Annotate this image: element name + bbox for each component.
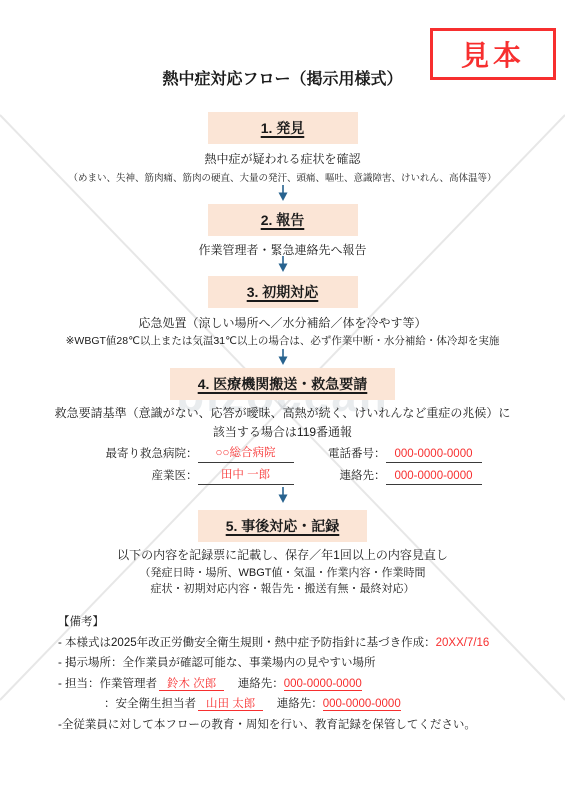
step4-box-row: 4. 医療機関搬送・救急要請 bbox=[0, 368, 565, 400]
hospital-phone-field: 000-0000-0000 bbox=[386, 448, 482, 463]
step5-heading: 5. 事後対応・記録 bbox=[198, 510, 368, 542]
arrow-row-2 bbox=[0, 256, 565, 277]
safety-officer-phone-field: 000-0000-0000 bbox=[323, 698, 401, 711]
arrow-row-4 bbox=[0, 487, 565, 508]
hospital-value-field: ○○総合病院 bbox=[198, 444, 294, 463]
step3-heading: 3. 初期対応 bbox=[208, 276, 358, 308]
remarks-basis-text: - 本様式は2025年改正労働安全衛生規則・熱中症予防指針に基づき作成： bbox=[58, 637, 436, 649]
step5-box-row: 5. 事後対応・記録 bbox=[0, 510, 565, 542]
remarks-line-safety-officer: ：安全衛生担当者山田 太郎 連絡先：000-0000-0000 bbox=[58, 694, 489, 715]
step1-heading: 1. 発見 bbox=[208, 112, 358, 144]
step3-description: 応急処置（涼しい場所へ／水分補給／体を冷やす等） bbox=[0, 314, 565, 331]
step3-box-row: 3. 初期対応 bbox=[0, 276, 565, 308]
safety-officer-name-field: 山田 太郎 bbox=[198, 698, 263, 711]
document-page: bizocean 見本 熱中症対応フロー（掲示用様式） 1. 発見 熱中症が疑わ… bbox=[0, 0, 565, 800]
flow-arrow-down-icon bbox=[277, 256, 289, 272]
hospital-label: 最寄り救急病院： bbox=[84, 445, 198, 463]
emergency-contact-block: 最寄り救急病院： ○○総合病院 電話番号： 000-0000-0000 産業医：… bbox=[0, 444, 565, 485]
contact-row-hospital: 最寄り救急病院： ○○総合病院 電話番号： 000-0000-0000 bbox=[84, 444, 482, 463]
step4-criteria-line2: 該当する場合は119番通報 bbox=[0, 423, 565, 440]
step5-record-items-line2: 症状・初期対応内容・報告先・搬送有無・最終対応） bbox=[0, 580, 565, 596]
hospital-phone-label: 電話番号： bbox=[310, 445, 386, 463]
flow-arrow-down-icon bbox=[277, 185, 289, 201]
manager-phone-field: 000-0000-0000 bbox=[284, 678, 362, 691]
doctor-phone-field: 000-0000-0000 bbox=[386, 470, 482, 485]
flow-arrow-down-icon bbox=[277, 349, 289, 365]
remarks-heading: 【備考】 bbox=[58, 612, 489, 633]
step2-box-row: 2. 報告 bbox=[0, 204, 565, 236]
doctor-value-field: 田中 一郎 bbox=[198, 466, 294, 485]
remarks-line-education: -全従業員に対して本フローの教育・周知を行い、教育記録を保管してください。 bbox=[58, 715, 489, 736]
remarks-line-basis: - 本様式は2025年改正労働安全衛生規則・熱中症予防指針に基づき作成：20XX… bbox=[58, 633, 489, 654]
page-title: 熱中症対応フロー（掲示用様式） bbox=[0, 66, 565, 89]
remarks-section: 【備考】 - 本様式は2025年改正労働安全衛生規則・熱中症予防指針に基づき作成… bbox=[58, 612, 489, 735]
doctor-phone-label: 連絡先： bbox=[310, 467, 386, 485]
arrow-row-3 bbox=[0, 349, 565, 370]
manager-prefix: - 担当：作業管理者 bbox=[58, 678, 157, 690]
step3-wbgt-note: ※WBGT値28℃以上または気温31℃以上の場合は、必ず作業中断・水分補給・体冷… bbox=[0, 333, 565, 348]
step2-heading: 2. 報告 bbox=[208, 204, 358, 236]
manager-name-field: 鈴木 次郎 bbox=[159, 678, 224, 691]
arrow-row-1 bbox=[0, 185, 565, 206]
remarks-line-location: - 掲示場所：全作業員が確認可能な、事業場内の見やすい場所 bbox=[58, 653, 489, 674]
doctor-label: 産業医： bbox=[84, 467, 198, 485]
manager-contact-label: 連絡先： bbox=[226, 678, 284, 690]
step4-criteria-line1: 救急要請基準（意識がない、応答が曖昧、高熱が続く、けいれんなど重症の兆候）に bbox=[0, 404, 565, 421]
safety-officer-prefix: ：安全衛生担当者 bbox=[104, 698, 196, 710]
contact-row-doctor: 産業医： 田中 一郎 連絡先： 000-0000-0000 bbox=[84, 466, 482, 485]
remarks-basis-date: 20XX/7/16 bbox=[436, 637, 490, 649]
step5-record-items-line1: （発症日時・場所、WBGT値・気温・作業内容・作業時間 bbox=[0, 564, 565, 580]
step1-description: 熱中症が疑われる症状を確認 bbox=[0, 150, 565, 167]
remarks-line-manager: - 担当：作業管理者鈴木 次郎 連絡先：000-0000-0000 bbox=[58, 674, 489, 695]
step1-box-row: 1. 発見 bbox=[0, 112, 565, 144]
step4-heading: 4. 医療機関搬送・救急要請 bbox=[170, 368, 396, 400]
step5-description: 以下の内容を記録票に記載し、保存／年1回以上の内容見直し bbox=[0, 546, 565, 563]
step1-symptom-list: （めまい、失神、筋肉痛、筋肉の硬直、大量の発汗、頭痛、嘔吐、意識障害、けいれん、… bbox=[0, 170, 565, 184]
flow-arrow-down-icon bbox=[277, 487, 289, 503]
safety-officer-contact-label: 連絡先： bbox=[265, 698, 323, 710]
